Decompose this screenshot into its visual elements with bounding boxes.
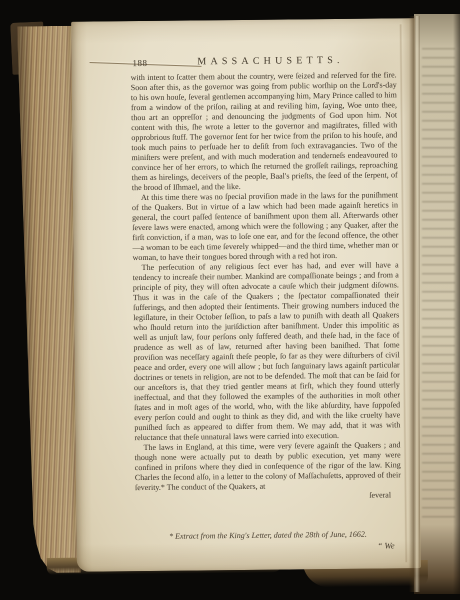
paragraph-1: with intent to ſcatter them about the co…: [131, 70, 398, 193]
book: 188 MASSACHUSETTS. with intent to ſcatte…: [0, 0, 460, 600]
paragraph-4: The laws in England, at this time, were …: [134, 440, 401, 493]
book-photo: 188 MASSACHUSETTS. with intent to ſcatte…: [0, 0, 460, 600]
running-head: MASSACHUSETTS.: [130, 54, 396, 68]
book-page: 188 MASSACHUSETTS. with intent to ſcatte…: [71, 18, 421, 572]
paragraph-2: At this time there was no ſpecial proviſ…: [132, 190, 399, 263]
footnote: * Extract from the King's Letter, dated …: [135, 529, 400, 541]
body-text: with intent to ſcatter them about the co…: [131, 70, 401, 503]
gutter-fold: [409, 16, 420, 592]
catchword: “ We: [378, 540, 395, 550]
page-number: 188: [132, 58, 147, 68]
page-header: 188 MASSACHUSETTS.: [130, 54, 396, 70]
paragraph-3: The perſecution of any religious ſect ev…: [133, 260, 401, 443]
